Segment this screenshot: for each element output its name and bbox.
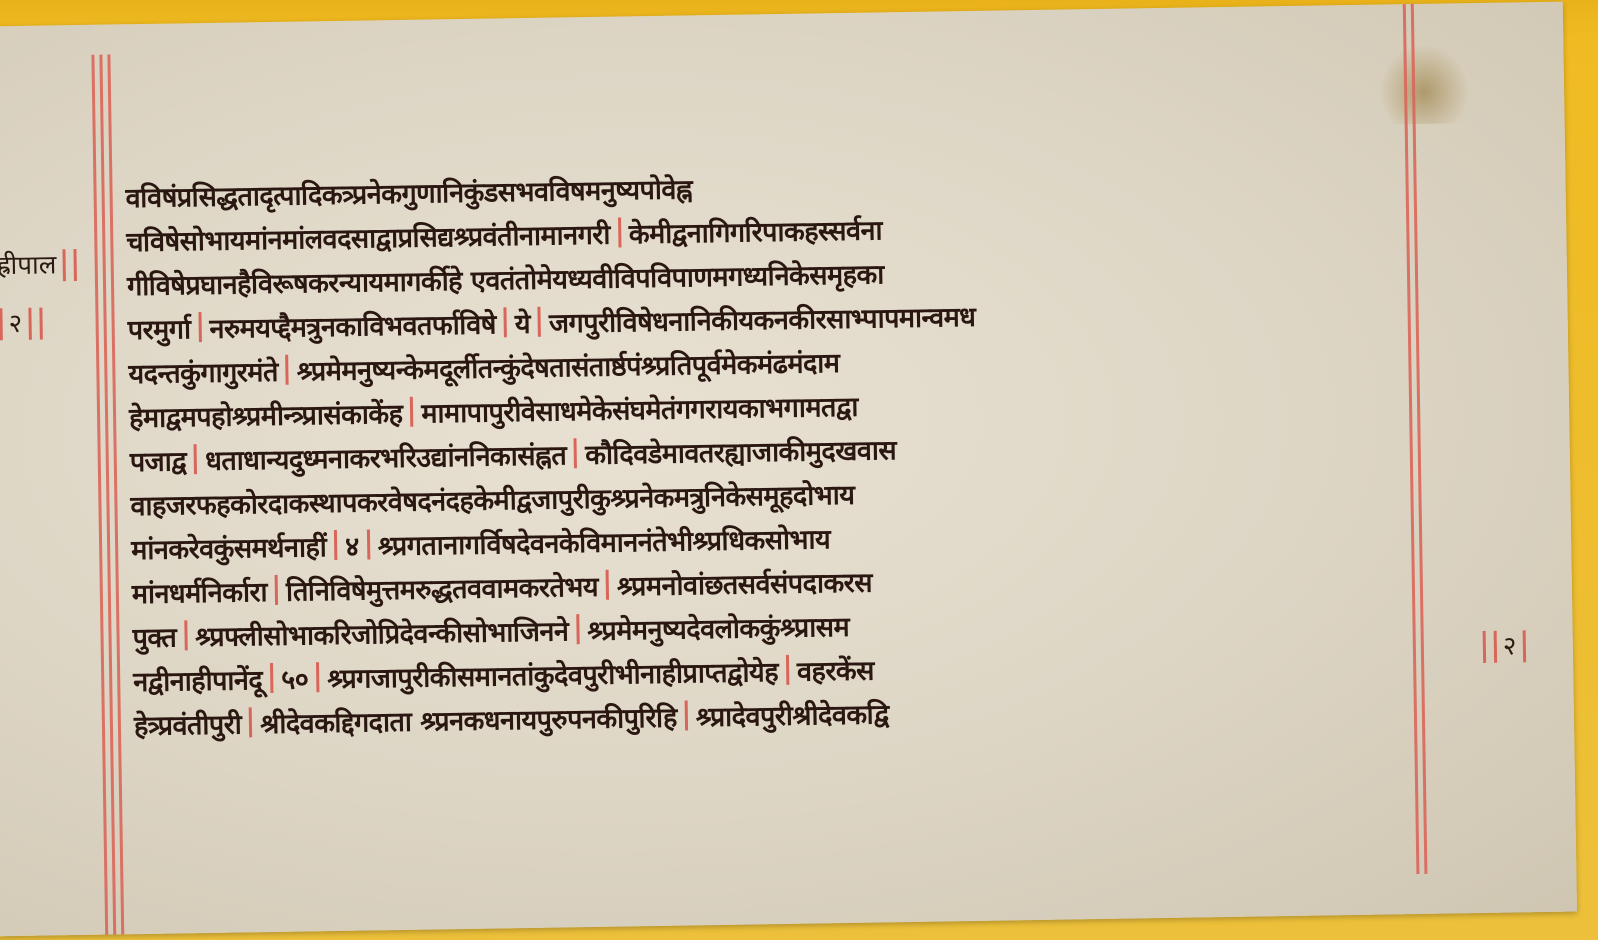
line-segment: श्र्प्रगजापुरीकीसमानतांकुदेवपुरीभीनाहीप्… — [327, 652, 778, 696]
line-segment: श्र्प्रमेमनुष्यदेवलोककुंश्र्प्रासम — [587, 606, 849, 647]
line-segment: मांनधर्मनिर्कारा — [132, 572, 268, 611]
line-segment: श्र्प्रमनोवांछतसर्वसंपदाकरस — [617, 562, 873, 603]
red-danda-mark — [247, 707, 254, 737]
red-danda-mark — [683, 700, 690, 730]
line-segment: वाहजरफहकोरदाकस्थापकरवेषदनंदहकेमीद्वजापुर… — [130, 474, 854, 522]
red-danda-mark — [408, 397, 415, 427]
line-segment: हेत्र्प्रवंतीपुरी — [134, 704, 242, 743]
line-segment: मांनकरेवकुंसमर्थनाहीं — [131, 527, 327, 567]
red-danda-mark — [284, 355, 291, 385]
line-segment: वहरकेंस — [797, 650, 874, 688]
red-danda-mark — [196, 312, 203, 342]
manuscript-text: वविषंप्रसिद्धतादृत्पादिकत्र्प्रनेकगुणानि… — [125, 154, 1424, 746]
line-segment: चविषेसोभायमांनमांलवदसाद्वाप्रसिद्यश्र्प्… — [126, 214, 610, 259]
line-segment: श्र्प्रमेमनुष्यन्केमदूर्लीतन्कुंदेषतासंत… — [297, 343, 840, 389]
line-segment: हेमाद्वमपहोश्र्प्रमीन्त्र्प्रासंकाकेंह — [129, 393, 403, 434]
left-margin-rule — [107, 54, 124, 934]
line-segment: ये — [515, 303, 531, 340]
red-danda-mark — [268, 663, 275, 693]
red-danda-mark — [182, 620, 189, 650]
line-segment: परमुर्गा — [127, 309, 190, 347]
line-segment: नरुमयप्द्दैमत्रुनकाविभवतर्फाविषे — [209, 304, 496, 345]
line-segment: श्र्प्रगतानागर्विषदेवनकेविमाननंतेभीश्र्प… — [378, 519, 831, 563]
red-danda-mark — [332, 530, 339, 560]
red-danda-mark — [574, 614, 581, 644]
red-danda-mark — [604, 570, 611, 600]
water-stain — [1378, 43, 1469, 124]
line-segment: ४ — [345, 526, 359, 563]
right-margin-note: २ — [1481, 630, 1528, 663]
line-segment: यदन्तकुंगागुरमंते — [128, 351, 278, 390]
line-segment: नद्वीनाहीपानेंदू — [133, 660, 263, 699]
line-segment: कौदिवडेमावतरह्याजाकीमुदखवास — [585, 430, 896, 472]
line-segment: श्रीदेवकद्दिगदाता श्र्प्रनकधनायपुरुपनकीप… — [260, 697, 677, 741]
manuscript-folio: ह्रीपाल २ २ वविषंप्रसिद्धतादृत्पादिकत्र्… — [0, 2, 1577, 937]
line-segment: वविषंप्रसिद्धतादृत्पादिकत्र्प्रनेकगुणानि… — [125, 169, 692, 215]
line-segment: मामापापुरीवेसाधमेकेसंघमेतंगगरायकाभगामतद्… — [421, 386, 858, 430]
red-danda-mark — [572, 438, 579, 468]
line-segment: श्र्प्रादेवपुरीश्रीदेवकद्वि — [695, 694, 888, 734]
red-danda-mark — [192, 444, 199, 474]
red-danda-mark — [314, 662, 321, 692]
red-danda-mark — [784, 655, 791, 685]
line-segment: केमीद्वनागिगरिपाकहस्सर्वना — [629, 210, 883, 251]
margin-note-folio-number: २ — [0, 307, 80, 340]
line-segment: धताधान्यदुध्मनाकरभरिउद्यांननिकासंह्नत — [205, 435, 567, 478]
red-danda-mark — [536, 307, 543, 337]
red-danda-mark — [365, 529, 372, 559]
line-segment: श्र्प्रफ्लीसोभाकरिजोप्रिदेवन्कीसोभाजिनने — [195, 611, 569, 654]
line-segment: पुक्त — [132, 617, 176, 655]
line-segment: तिनिविषेमुत्तमरुद्धतववामकरतेभय — [286, 566, 599, 608]
red-danda-mark — [273, 575, 280, 605]
line-segment: पजाद्व — [129, 441, 186, 479]
line-segment: ५० — [281, 659, 309, 696]
margin-note-title: ह्रीपाल — [0, 249, 79, 282]
red-danda-mark — [502, 307, 509, 337]
red-danda-mark — [616, 217, 623, 247]
left-margin-notes: ह्रीपाल २ — [0, 249, 80, 340]
line-segment: जगपुरीविषेधनानिकीयकनकीरसाभ्पापमान्वमध — [549, 296, 976, 340]
